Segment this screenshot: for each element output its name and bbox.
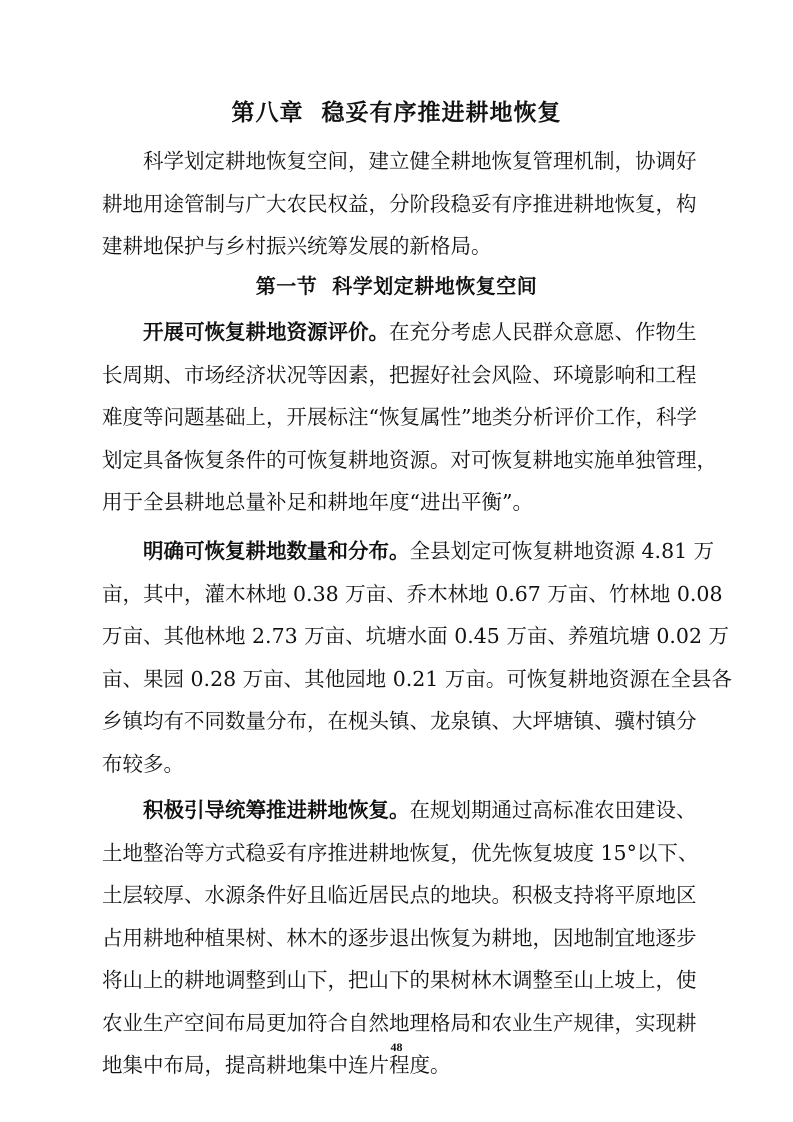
paragraph-quantity-distribution: 明确可恢复耕地数量和分布。全县划定可恢复耕地资源 4.81 万 亩，其中，灌木林… [102,530,694,785]
section-title: 第一节 科学划定耕地恢复空间 [0,270,793,302]
paragraph-resource-evaluation: 开展可恢复耕地资源评价。在充分考虑人民群众意愿、作物生 长周期、市场经济状况等因… [102,311,694,524]
paragraph-line: 土层较厚、水源条件好且临近居民点的地块。积极支持将平原地区 [102,874,694,917]
paragraph-line: 农业生产空间布局更加符合自然地理格局和农业生产规律，实现耕 [102,1002,694,1045]
paragraph-first-line: 明确可恢复耕地数量和分布。全县划定可恢复耕地资源 4.81 万 [102,530,694,573]
paragraph-line: 难度等问题基础上，开展标注“恢复属性”地类分析评价工作，科学 [102,396,694,439]
paragraph-line: 耕地用途管制与广大农民权益，分阶段稳妥有序推进耕地恢复，构 [102,183,694,226]
paragraph-line: 划定具备恢复条件的可恢复耕地资源。对可恢复耕地实施单独管理， [102,439,694,482]
paragraph-line: 建耕地保护与乡村振兴统筹发展的新格局。 [102,225,694,268]
paragraph-text: 在充分考虑人民群众意愿、作物生 [389,320,697,344]
paragraph-line: 长周期、市场经济状况等因素，把握好社会风险、环境影响和工程 [102,354,694,397]
paragraph-lead-heading: 明确可恢复耕地数量和分布。 [143,539,410,563]
paragraph-line: 万亩、其他林地 2.73 万亩、坑塘水面 0.45 万亩、养殖坑塘 0.02 万 [102,615,694,658]
paragraph-lead-heading: 积极引导统筹推进耕地恢复。 [143,798,410,822]
paragraph-line: 亩、果园 0.28 万亩、其他园地 0.21 万亩。可恢复耕地资源在全县各 [102,658,694,701]
paragraph-lead-heading: 开展可恢复耕地资源评价。 [143,320,389,344]
paragraph-text: 在规划期通过高标准农田建设、 [410,798,697,822]
paragraph-line: 将山上的耕地调整到山下，把山下的果树林木调整至山上坡上，使 [102,959,694,1002]
chapter-title: 第八章 稳妥有序推进耕地恢复 [0,96,793,130]
paragraph-line: 科学划定耕地恢复空间，建立健全耕地恢复管理机制，协调好 [102,140,694,183]
paragraph-line: 用于全县耕地总量补足和耕地年度“进出平衡”。 [102,481,694,524]
intro-paragraph: 科学划定耕地恢复空间，建立健全耕地恢复管理机制，协调好 耕地用途管制与广大农民权… [102,140,694,268]
paragraph-first-line: 开展可恢复耕地资源评价。在充分考虑人民群众意愿、作物生 [102,311,694,354]
paragraph-first-line: 积极引导统筹推进耕地恢复。在规划期通过高标准农田建设、 [102,789,694,832]
paragraph-text: 全县划定可恢复耕地资源 4.81 万 [410,539,715,563]
paragraph-line: 占用耕地种植果树、林木的逐步退出恢复为耕地，因地制宜地逐步 [102,917,694,960]
paragraph-line: 土地整治等方式稳妥有序推进耕地恢复，优先恢复坡度 15°以下、 [102,832,694,875]
document-page: 第八章 稳妥有序推进耕地恢复 科学划定耕地恢复空间，建立健全耕地恢复管理机制，协… [0,0,793,1122]
page-number: 48 [0,1040,793,1055]
paragraph-line: 亩，其中，灌木林地 0.38 万亩、乔木林地 0.67 万亩、竹林地 0.08 [102,573,694,616]
paragraph-line: 布较多。 [102,743,694,786]
paragraph-line: 乡镇均有不同数量分布，在枧头镇、龙泉镇、大坪塘镇、骥村镇分 [102,700,694,743]
